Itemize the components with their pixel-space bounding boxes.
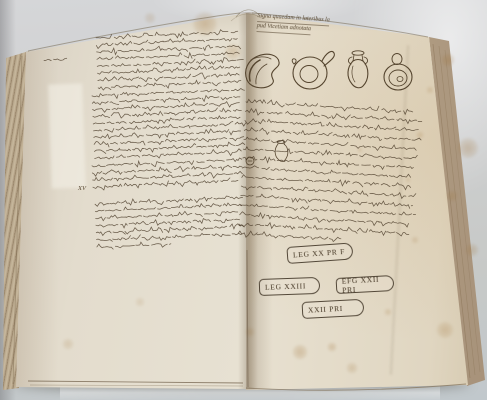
section-mark-xv: XV [78, 185, 86, 192]
stamp-cartouche-4: XXII PRI [302, 299, 365, 319]
left-page-handwriting [92, 87, 247, 161]
figure-shell-drawing [246, 54, 279, 88]
left-page-handwriting [92, 157, 243, 191]
stamp-label: LEG XX PR F [293, 247, 346, 260]
stamp-cartouche-2: LEG XXIII [259, 277, 321, 296]
handwriting-lines [44, 29, 423, 251]
figure-ring-lamp-drawing [292, 51, 334, 89]
figure-round-lamp-drawing [384, 54, 412, 91]
inline-circled-glyph [246, 157, 254, 165]
left-page-handwriting [95, 194, 245, 250]
photo-of-open-manuscript: Signa quaedam in lateribus la pud Viceti… [0, 0, 487, 400]
right-page-handwriting [238, 99, 422, 247]
handwriting-and-drawings [0, 0, 487, 400]
stamp-cartouche-3: EFG XXII PRI [336, 275, 395, 294]
stamp-label: LEG XXIII [265, 281, 306, 291]
left-page-handwriting [96, 29, 245, 92]
stamp-label: XXII PRI [308, 304, 343, 315]
stamp-label: EFG XXII PRI [342, 274, 394, 295]
figure-amphora-drawing [348, 51, 368, 88]
margin-note-handwriting [44, 58, 67, 61]
